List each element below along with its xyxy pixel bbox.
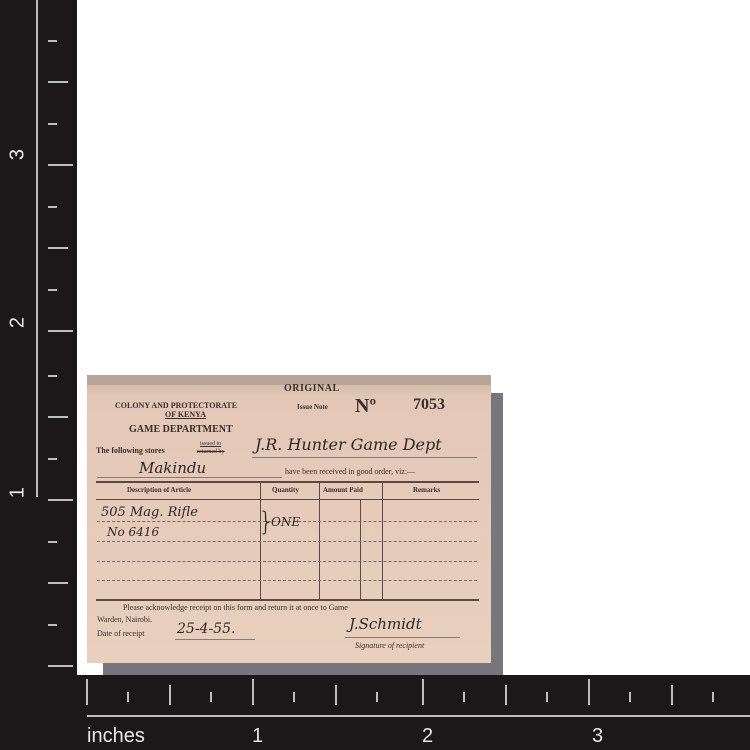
signature-label: Signature of recipient: [355, 641, 424, 650]
ruler-tick: [48, 289, 57, 291]
ruler-tick: [210, 692, 212, 702]
copy-label: ORIGINAL: [284, 383, 340, 394]
ruler-tick: [48, 458, 57, 460]
ruler-tick: [86, 679, 88, 705]
row-2-description: No 6416: [107, 525, 159, 539]
ruler-number-3: 3: [7, 145, 30, 165]
left-ruler: 3 2 1: [0, 0, 77, 750]
acknowledge-text-2: Warden, Nairobi.: [97, 615, 152, 624]
ruler-unit-label: inches: [87, 725, 145, 748]
row-1-description: 505 Mag. Rifle: [101, 505, 198, 520]
colony-line-2: OF KENYA: [165, 410, 206, 419]
ruler-tick: [671, 685, 673, 705]
number-sign: Nº: [355, 395, 376, 418]
ruler-tick: [48, 206, 57, 208]
header-description: Description of Article: [127, 486, 191, 494]
left-ruler-rail: [36, 0, 38, 497]
ruler-tick: [422, 679, 424, 705]
ruler-number-2: 2: [7, 313, 30, 333]
issued-to-label: issued to: [200, 441, 221, 447]
department-name: GAME DEPARTMENT: [129, 424, 233, 435]
ruler-tick: [169, 685, 171, 705]
table-header-border: [96, 499, 479, 500]
ruler-tick: [48, 123, 57, 125]
header-amount-paid: Amount Paid: [323, 486, 363, 494]
note-type: Issue Note: [297, 403, 328, 411]
ruler-tick: [127, 692, 129, 702]
table-bottom-border: [96, 599, 479, 601]
ruler-tick: [293, 692, 295, 702]
ruler-tick: [48, 665, 73, 667]
received-text: have been received in good order, viz:—: [285, 467, 415, 476]
ruler-tick: [505, 685, 507, 705]
ruler-tick: [376, 692, 378, 702]
acknowledge-text: Please acknowledge receipt on this form …: [123, 603, 348, 612]
ruler-tick: [712, 692, 714, 702]
col-divider: [360, 499, 361, 599]
date-label: Date of receipt: [97, 629, 145, 638]
ruler-number-3: 3: [592, 725, 603, 748]
table-row-line: [97, 580, 477, 582]
ruler-number-1: 1: [252, 725, 263, 748]
ruler-tick: [48, 247, 68, 249]
issue-note-document: ORIGINAL COLONY AND PROTECTORATE OF KENY…: [87, 375, 491, 663]
header-remarks: Remarks: [413, 486, 440, 494]
ruler-tick: [335, 685, 337, 705]
signature-handwritten: J.Schmidt: [349, 615, 422, 633]
ruler-tick: [48, 499, 73, 501]
ruler-tick: [48, 330, 73, 332]
table-top-border: [96, 481, 479, 483]
date-underline: [175, 639, 255, 640]
ruler-number-2: 2: [422, 725, 433, 748]
stores-prefix: The following stores: [96, 446, 165, 455]
ruler-tick: [48, 81, 68, 83]
ruler-tick: [588, 679, 590, 705]
recipient-handwritten: J.R. Hunter Game Dept: [255, 435, 442, 454]
recipient-underline: [252, 457, 477, 458]
document-number: 7053: [413, 396, 445, 414]
bottom-ruler-rail: [87, 715, 750, 717]
ruler-tick: [252, 679, 254, 705]
ruler-tick: [48, 582, 68, 584]
ruler-tick: [48, 40, 57, 42]
ruler-tick: [629, 692, 631, 702]
row-1-quantity: ONE: [271, 515, 300, 529]
ruler-tick: [48, 541, 57, 543]
ruler-number-1: 1: [7, 483, 30, 503]
ruler-tick: [48, 624, 57, 626]
returned-by-label: returned by: [197, 449, 225, 455]
header-quantity: Quantity: [272, 486, 299, 494]
date-value: 25-4-55.: [177, 621, 235, 637]
table-row-line: [97, 561, 477, 563]
colony-line-1: COLONY AND PROTECTORATE: [115, 401, 237, 410]
location-handwritten: Makindu: [139, 459, 206, 477]
bottom-ruler: inches 1 2 3: [0, 675, 750, 750]
location-underline: [97, 477, 282, 478]
ruler-tick: [546, 692, 548, 702]
ruler-tick: [48, 164, 73, 166]
signature-line: [345, 637, 460, 638]
ruler-tick: [48, 375, 57, 377]
ruler-tick: [48, 416, 68, 418]
table-row-line: [97, 541, 477, 543]
ruler-tick: [463, 692, 465, 702]
